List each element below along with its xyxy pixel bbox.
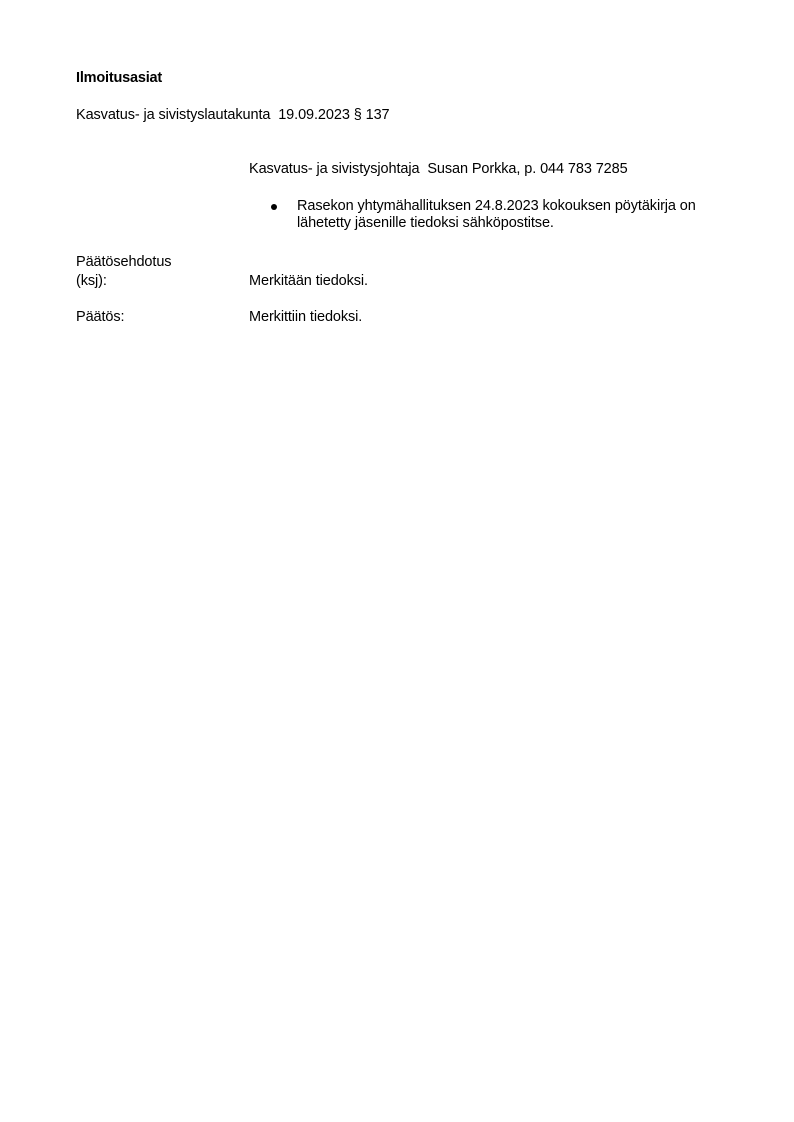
decision-value: Merkittiin tiedoksi.: [249, 308, 362, 327]
proposal-label: Päätösehdotus (ksj):: [76, 253, 171, 291]
proposal-label-line1: Päätösehdotus: [76, 253, 171, 272]
section-heading: Ilmoitusasiat: [76, 70, 162, 86]
document-page: Ilmoitusasiat Kasvatus- ja sivistyslauta…: [0, 0, 794, 1122]
proposal-value: Merkitään tiedoksi.: [249, 272, 368, 291]
list-item-text: Rasekon yhtymähallituksen 24.8.2023 koko…: [297, 198, 737, 232]
proposal-label-line2: (ksj):: [76, 272, 171, 291]
bullet-dot-icon: [271, 204, 277, 210]
presenter-line: Kasvatus- ja sivistysjohtaja Susan Porkk…: [249, 161, 628, 177]
meeting-reference: Kasvatus- ja sivistyslautakunta 19.09.20…: [76, 107, 390, 123]
decision-label: Päätös:: [76, 308, 124, 327]
